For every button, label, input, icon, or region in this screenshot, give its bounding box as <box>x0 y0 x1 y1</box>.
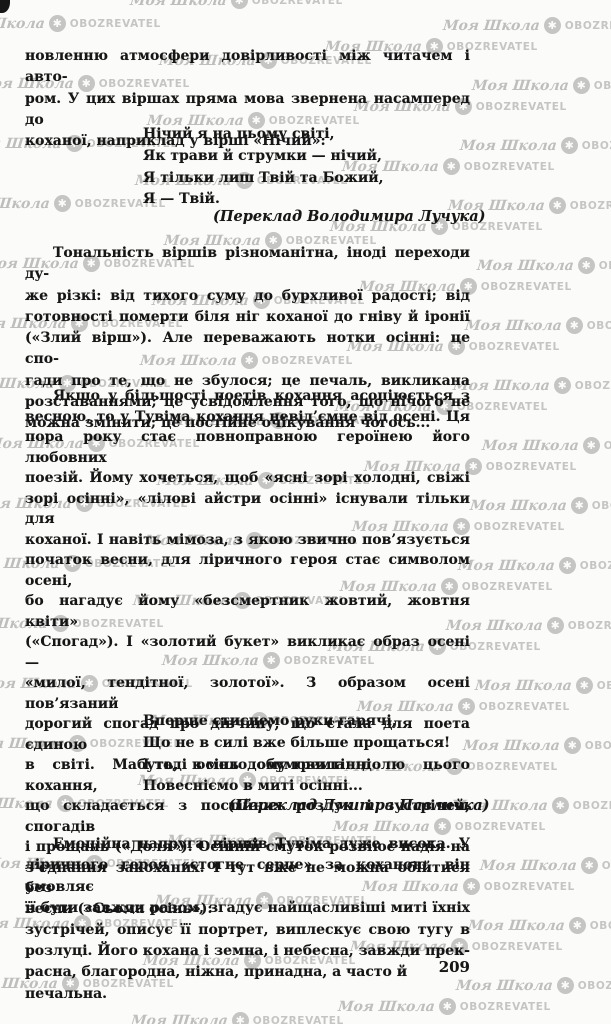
poem-soma-osin: Вперше стиснемо руки гарячі,Що не в силі… <box>143 711 473 798</box>
watermark-brand-text: OBOZREVATEL <box>594 80 611 92</box>
watermark-brand-text: OBOZREVATEL <box>70 18 161 30</box>
watermark: Моя Школа✱OBOZREVATEL <box>460 137 611 154</box>
watermark-school-text: Моя Школа <box>474 678 572 694</box>
watermark-school-text: Моя Школа <box>130 1013 228 1024</box>
text-line: новленню атмосфери довірливості між чита… <box>25 46 470 89</box>
obozrevatel-badge-icon: ✱ <box>54 195 71 212</box>
text-line: «милої, тендітної, золотої». З образом о… <box>25 673 470 714</box>
obozrevatel-badge-icon: ✱ <box>569 917 586 934</box>
watermark-brand-text: OBOZREVATEL <box>580 560 611 572</box>
watermark-brand-text: OBOZREVATEL <box>484 881 575 893</box>
watermark: Моя Школа✱OBOZREVATEL <box>482 437 611 454</box>
watermark: Моя Школа✱OBOZREVATEL <box>453 377 611 394</box>
text-line: пора року стає повноправною героїнею йог… <box>25 427 470 468</box>
watermark-brand-text: OBOZREVATEL <box>479 701 570 713</box>
paragraph-4: Емоційна напруга віршів Тувіма дуже висо… <box>25 834 470 1005</box>
text-line: же різкі: від тихого суму до бурхливої р… <box>25 286 470 307</box>
scanned-book-page: новленню атмосфери довірливості між чита… <box>0 0 611 1024</box>
watermark-brand-text: OBOZREVATEL <box>460 1001 551 1013</box>
watermark-brand-text: OBOZREVATEL <box>457 401 548 413</box>
scan-corner-mark <box>0 0 10 13</box>
text-line: Нічий я на цьому світі, <box>143 124 473 146</box>
obozrevatel-badge-icon: ✱ <box>554 377 571 394</box>
watermark-school-text: Моя Школа <box>459 138 557 154</box>
watermark-school-text: Моя Школа <box>467 918 565 934</box>
watermark-brand-text: OBOZREVATEL <box>469 341 560 353</box>
obozrevatel-badge-icon: ✱ <box>232 1012 249 1024</box>
text-line: Емоційна напруга віршів Тувіма дуже висо… <box>25 834 470 855</box>
watermark: Моя Школа✱OBOZREVATEL <box>463 737 611 754</box>
watermark-brand-text: OBOZREVATEL <box>585 740 611 752</box>
watermark-brand-text: OBOZREVATEL <box>253 1015 344 1024</box>
watermark: Моя Школа✱OBOZREVATEL <box>472 77 611 94</box>
obozrevatel-badge-icon: ✱ <box>559 557 576 574</box>
text-line: («Злий вірш»). Але переважають нотки осі… <box>25 328 470 371</box>
watermark: Моя Школа✱OBOZREVATEL <box>0 195 166 212</box>
obozrevatel-badge-icon: ✱ <box>544 17 561 34</box>
watermark-school-text: Моя Школа <box>0 16 46 32</box>
watermark-school-text: Моя Школа <box>464 318 562 334</box>
poem-nichyi: Нічий я на цьому світі,Як трави й струмк… <box>143 124 473 211</box>
obozrevatel-badge-icon: ✱ <box>571 497 588 514</box>
watermark-brand-text: OBOZREVATEL <box>467 761 558 773</box>
watermark: Моя Школа✱OBOZREVATEL <box>130 0 343 9</box>
text-line: Якщо у більшості поетів кохання асоціюєт… <box>25 386 470 407</box>
text-line: готовності померти біля ніг коханої до г… <box>25 307 470 328</box>
text-line: Що не в силі вже більше прощаться! <box>143 733 473 755</box>
watermark-brand-text: OBOZREVATEL <box>582 140 611 152</box>
poem-credit-luchuk: (Переклад Володимира Лучука) <box>213 208 485 226</box>
obozrevatel-badge-icon: ✱ <box>578 257 595 274</box>
text-line: зустрічей, описує її портрет, виплескує … <box>25 920 470 941</box>
obozrevatel-badge-icon: ✱ <box>566 317 583 334</box>
watermark-brand-text: OBOZREVATEL <box>464 161 555 173</box>
text-line: Як трави й струмки — нічий, <box>143 146 473 168</box>
obozrevatel-badge-icon: ✱ <box>231 0 248 9</box>
watermark-brand-text: OBOZREVATEL <box>599 260 611 272</box>
watermark: Моя Школа✱OBOZREVATEL <box>475 677 611 694</box>
watermark: Моя Школа✱OBOZREVATEL <box>470 497 611 514</box>
text-line: зорі осінні», «лілові айстри осінні» існ… <box>25 489 470 530</box>
watermark-brand-text: OBOZREVATEL <box>568 620 611 632</box>
watermark-brand-text: OBOZREVATEL <box>252 0 343 7</box>
watermark-school-text: Моя Школа <box>479 858 577 874</box>
watermark-school-text: Моя Школа <box>462 738 560 754</box>
watermark: Моя Школа✱OBOZREVATEL <box>480 857 611 874</box>
watermark-school-text: Моя Школа <box>469 498 567 514</box>
obozrevatel-badge-icon: ✱ <box>547 617 564 634</box>
obozrevatel-badge-icon: ✱ <box>564 737 581 754</box>
watermark-brand-text: OBOZREVATEL <box>587 320 611 332</box>
watermark: Моя Школа✱OBOZREVATEL <box>456 977 611 994</box>
text-line: весною, то у Тувіма кохання невід’ємне в… <box>25 407 470 428</box>
watermark-brand-text: OBOZREVATEL <box>481 281 572 293</box>
page-number: 209 <box>25 958 470 976</box>
text-line: ліричного героя «стогне серце» за кохано… <box>25 855 470 898</box>
text-line: Повесніємо в миті осінні... <box>143 776 473 798</box>
obozrevatel-badge-icon: ✱ <box>552 797 569 814</box>
watermark: Моя Школа✱OBOZREVATEL <box>465 317 611 334</box>
watermark-brand-text: OBOZREVATEL <box>462 581 553 593</box>
obozrevatel-badge-icon: ✱ <box>573 77 590 94</box>
watermark-school-text: Моя Школа <box>457 558 555 574</box>
watermark-brand-text: OBOZREVATEL <box>597 680 611 692</box>
watermark-brand-text: OBOZREVATEL <box>472 941 563 953</box>
obozrevatel-badge-icon: ✱ <box>557 977 574 994</box>
watermark-brand-text: OBOZREVATEL <box>573 800 611 812</box>
watermark: Моя Школа✱OBOZREVATEL <box>477 257 611 274</box>
obozrevatel-badge-icon: ✱ <box>576 677 593 694</box>
watermark-brand-text: OBOZREVATEL <box>604 440 611 452</box>
watermark-school-text: Моя Школа <box>471 78 569 94</box>
text-line: коханої. І навіть мімоза, з якою звично … <box>25 530 470 551</box>
text-line: початок весни, для ліричного героя стає … <box>25 550 470 591</box>
watermark-school-text: Моя Школа <box>481 438 579 454</box>
watermark-brand-text: OBOZREVATEL <box>592 500 611 512</box>
watermark-brand-text: OBOZREVATEL <box>476 101 567 113</box>
poem-credit-pavlychko: (Переклад Дмитра Павличка) <box>228 797 489 815</box>
watermark-brand-text: OBOZREVATEL <box>474 521 565 533</box>
watermark: Моя Школа✱OBOZREVATEL <box>468 917 611 934</box>
text-line: Я тільки лиш Твій та Божий, <box>143 168 473 190</box>
obozrevatel-badge-icon: ✱ <box>561 137 578 154</box>
watermark-brand-text: OBOZREVATEL <box>565 20 611 32</box>
watermark-school-text: Моя Школа <box>0 196 51 212</box>
obozrevatel-badge-icon: ✱ <box>581 857 598 874</box>
text-line: поезій. Йому хочеться, щоб «ясні зорі хо… <box>25 468 470 489</box>
watermark-brand-text: OBOZREVATEL <box>578 980 611 992</box>
watermark-school-text: Моя Школа <box>476 258 574 274</box>
text-line: Вперше стиснемо руки гарячі, <box>143 711 473 733</box>
watermark: Моя Школа✱OBOZREVATEL <box>131 1012 344 1024</box>
watermark-brand-text: OBOZREVATEL <box>575 380 611 392</box>
obozrevatel-badge-icon: ✱ <box>549 197 566 214</box>
text-line: І тоді в молодому тремтінні <box>143 755 473 777</box>
watermark-brand-text: OBOZREVATEL <box>602 860 611 872</box>
obozrevatel-badge-icon: ✱ <box>49 15 66 32</box>
watermark-brand-text: OBOZREVATEL <box>590 920 611 932</box>
text-line: її бути завжди разом, згадує найщасливіш… <box>25 898 470 919</box>
watermark: Моя Школа✱OBOZREVATEL <box>458 557 611 574</box>
obozrevatel-badge-icon: ✱ <box>583 437 600 454</box>
watermark: Моя Школа✱OBOZREVATEL <box>443 17 611 34</box>
watermark-school-text: Моя Школа <box>442 18 540 34</box>
text-line: («Спогад»). І «золотий букет» викликає о… <box>25 632 470 673</box>
watermark: Моя Школа✱OBOZREVATEL <box>446 617 611 634</box>
watermark: Моя Школа✱OBOZREVATEL <box>0 15 161 32</box>
watermark-school-text: Моя Школа <box>129 0 227 9</box>
text-line: бо нагадує йому «безсмертник жовтий, жов… <box>25 591 470 632</box>
watermark-brand-text: OBOZREVATEL <box>486 461 577 473</box>
watermark-brand-text: OBOZREVATEL <box>570 200 611 212</box>
text-line: Тональність віршів різноманітна, іноді п… <box>25 243 470 286</box>
